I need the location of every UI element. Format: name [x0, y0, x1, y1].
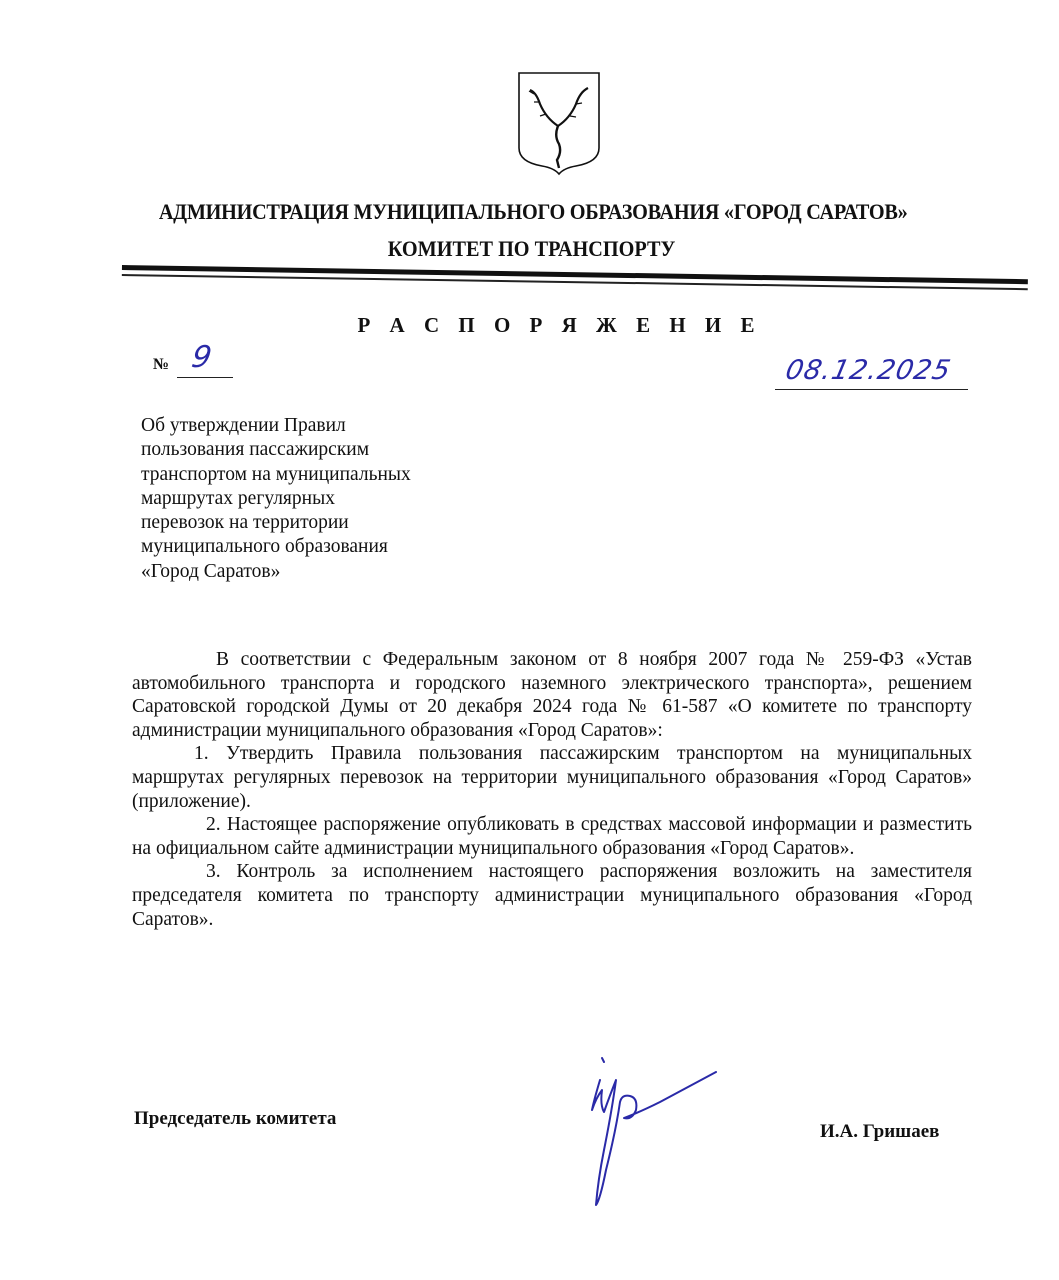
subject-line: Об утверждении Правил: [141, 414, 411, 438]
signatory-name: И.А. Гришаев: [820, 1121, 939, 1143]
subject-line: перевозок на территории: [141, 511, 411, 535]
subject-line: муниципального образования: [141, 535, 411, 559]
subject-line: пользования пассажирским: [141, 438, 411, 462]
saratov-coat-of-arms-icon: [516, 70, 602, 176]
subject-line: «Город Саратов»: [141, 560, 411, 584]
header-divider: [122, 265, 1028, 297]
date-underline: [775, 389, 968, 390]
preamble-paragraph: В соответствии с Федеральным законом от …: [132, 648, 972, 742]
subject-line: маршрутах регулярных: [141, 487, 411, 511]
number-label: №: [153, 356, 169, 374]
order-item-2: 2. Настоящее распоряжение опубликовать в…: [132, 813, 972, 860]
document-number: 9: [189, 340, 214, 375]
document-body: В соответствии с Федеральным законом от …: [132, 648, 972, 931]
signatory-role: Председатель комитета: [134, 1108, 336, 1130]
handwritten-signature-icon: [560, 1050, 730, 1250]
committee-name: КОМИТЕТ ПО ТРАНСПОРТУ: [44, 236, 1018, 262]
document-subject: Об утверждении Правил пользования пассаж…: [141, 414, 411, 584]
organization-name: АДМИНИСТРАЦИЯ МУНИЦИПАЛЬНОГО ОБРАЗОВАНИЯ…: [46, 199, 1020, 225]
order-item-3: 3. Контроль за исполнением настоящего ра…: [132, 860, 972, 931]
number-underline: [177, 377, 233, 378]
document-type-title: Р А С П О Р Я Ж Е Н И Е: [0, 313, 1059, 338]
document-date: 08.12.2025: [783, 355, 954, 386]
order-item-1: 1. Утвердить Правила пользования пассажи…: [132, 742, 972, 813]
subject-line: транспортом на муниципальных: [141, 463, 411, 487]
